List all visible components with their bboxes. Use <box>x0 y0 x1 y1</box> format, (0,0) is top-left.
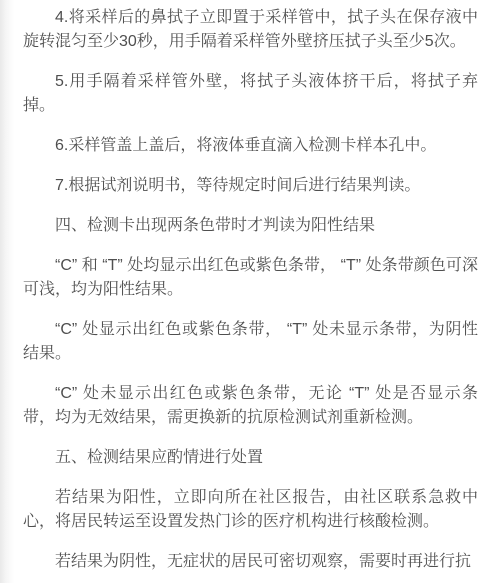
paragraph-result-positive: “C” 和 “T” 处均显示出红色或紫色条带， “T” 处条带颜色可深可浅，均为… <box>23 254 478 302</box>
section-heading-five: 五、检测结果应酌情进行处置 <box>23 446 478 470</box>
paragraph-step-4: 4.将采样后的鼻拭子立即置于采样管中，拭子头在保存液中旋转混匀至少30秒，用手隔… <box>23 6 478 54</box>
paragraph-result-negative: “C” 处显示出红色或紫色条带， “T” 处未显示条带，为阴性结果。 <box>23 318 478 366</box>
paragraph-step-7: 7.根据试剂说明书，等待规定时间后进行结果判读。 <box>23 174 478 198</box>
paragraph-step-6: 6.采样管盖上盖后，将液体垂直滴入检测卡样本孔中。 <box>23 134 478 158</box>
paragraph-step-5: 5.用手隔着采样管外壁，将拭子头液体挤干后，将拭子弃掉。 <box>23 70 478 118</box>
article-body: 4.将采样后的鼻拭子立即置于采样管中，拭子头在保存液中旋转混匀至少30秒，用手隔… <box>0 0 497 583</box>
section-heading-four: 四、检测卡出现两条色带时才判读为阳性结果 <box>23 214 478 238</box>
article-page: 4.将采样后的鼻拭子立即置于采样管中，拭子头在保存液中旋转混匀至少30秒，用手隔… <box>0 0 497 583</box>
paragraph-action-negative: 若结果为阴性，无症状的居民可密切观察，需要时再进行抗 <box>23 550 478 574</box>
paragraph-action-positive: 若结果为阳性，立即向所在社区报告，由社区联系急救中心，将居民转运至设置发热门诊的… <box>23 486 478 534</box>
paragraph-result-invalid: “C” 处未显示出红色或紫色条带，无论 “T” 处是否显示条带，均为无效结果，需… <box>23 382 478 430</box>
